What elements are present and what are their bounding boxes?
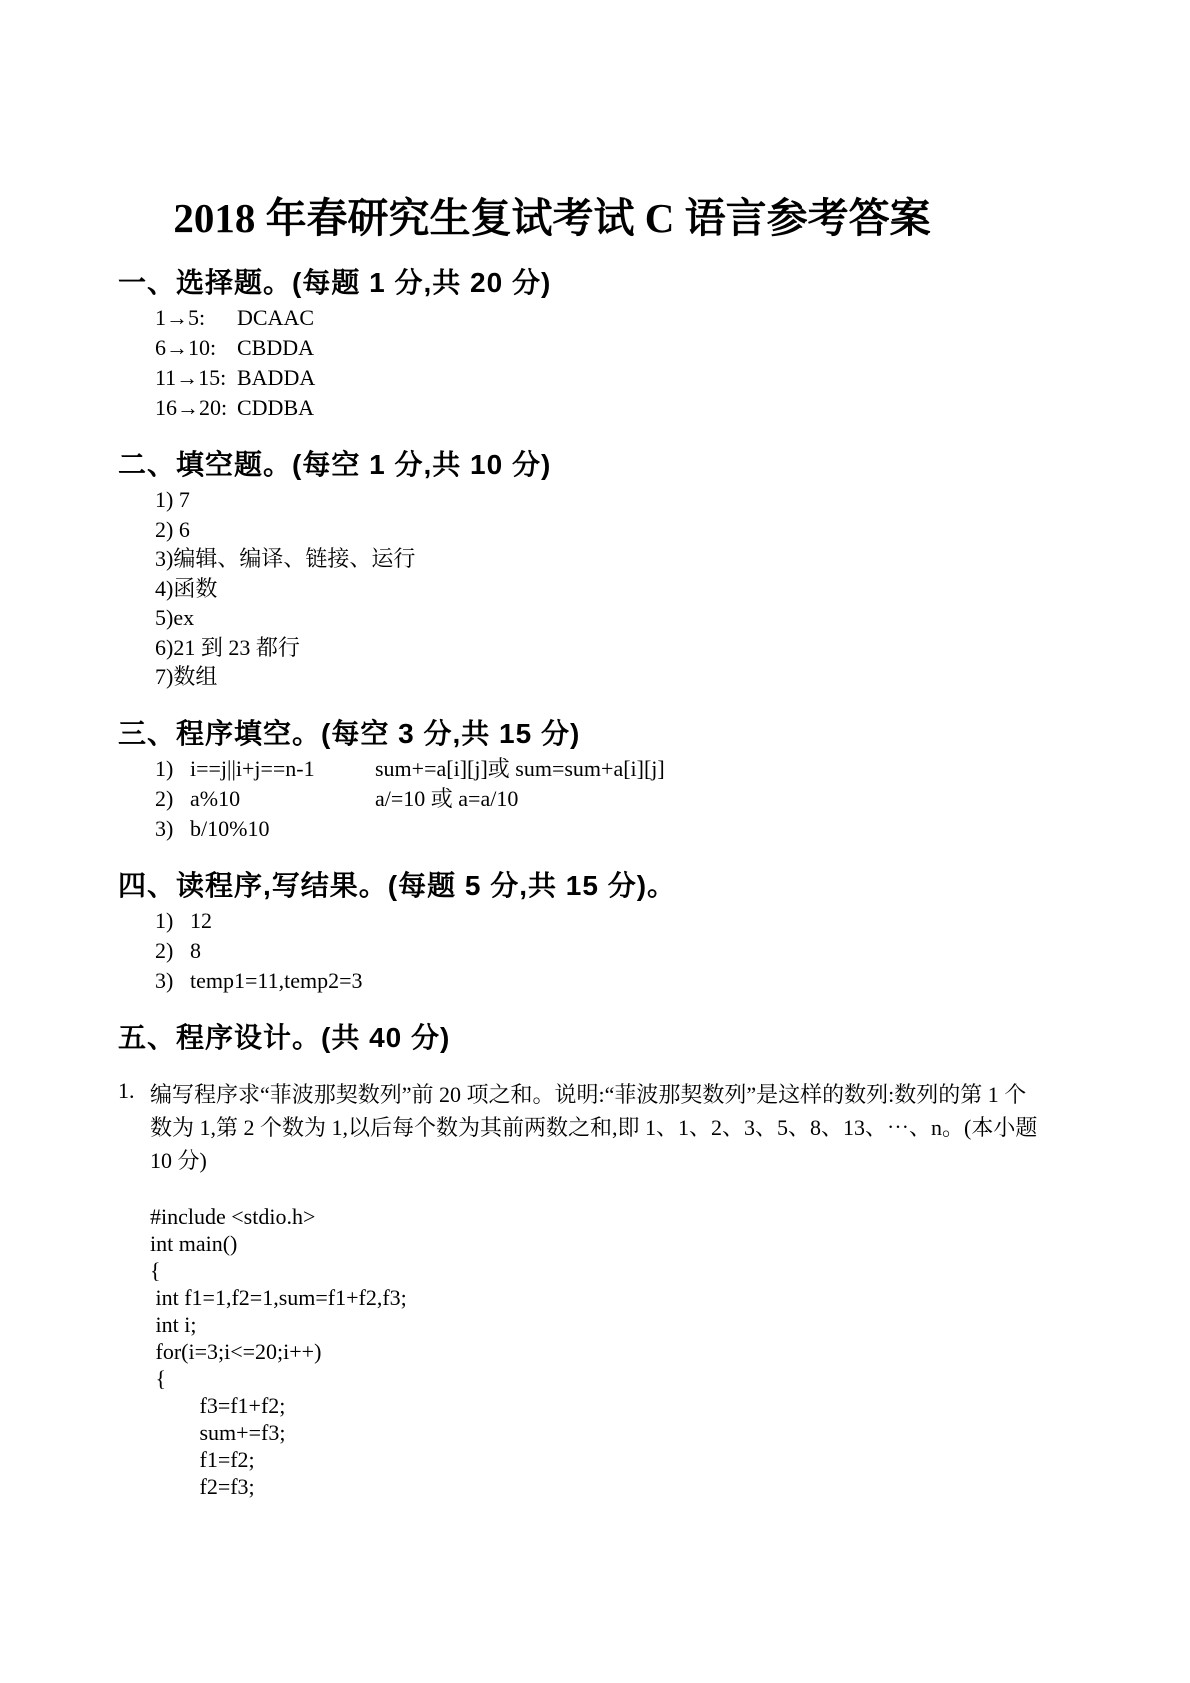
section-choice-heading: 一、选择题。(每题 1 分,共 20 分) <box>118 267 1130 299</box>
code-block: #include <stdio.h> int main() { int f1=1… <box>150 1203 1130 1500</box>
choice-answer: BADDA <box>237 363 315 393</box>
read-answer: 12 <box>190 906 212 936</box>
section-choice: 一、选择题。(每题 1 分,共 20 分) 1→5: DCAAC 6→10: C… <box>118 267 1130 423</box>
choice-range: 16→20: <box>155 393 237 423</box>
choice-answer-row: 11→15: BADDA <box>155 363 1130 393</box>
question-text-line: 编写程序求“菲波那契数列”前 20 项之和。说明:“菲波那契数列”是这样的数列:… <box>150 1078 1130 1111</box>
choice-answer: DCAAC <box>237 303 314 333</box>
document-page: 2018 年春研究生复试考试 C 语言参考答案 一、选择题。(每题 1 分,共 … <box>0 0 1190 1683</box>
section-program-fill: 三、程序填空。(每空 3 分,共 15 分) 1) i==j||i+j==n-1… <box>118 718 1130 844</box>
row-number: 1) <box>155 754 190 784</box>
code-line: int main() <box>150 1230 1130 1257</box>
choice-answer-row: 6→10: CBDDA <box>155 333 1130 363</box>
section-fill: 二、填空题。(每空 1 分,共 10 分) 1) 7 2) 6 3)编辑、编译、… <box>118 449 1130 692</box>
choice-answer-row: 16→20: CDDBA <box>155 393 1130 423</box>
page-title: 2018 年春研究生复试考试 C 语言参考答案 <box>46 195 1058 241</box>
fill-answer-list: 1) 7 2) 6 3)编辑、编译、链接、运行 4)函数 5)ex 6)21 到… <box>155 485 1130 692</box>
answer-col2: sum+=a[i][j]或 sum=sum+a[i][j] <box>375 754 665 784</box>
row-number: 2) <box>155 784 190 814</box>
fill-item: 1) 7 <box>155 485 1130 515</box>
section-design-heading: 五、程序设计。(共 40 分) <box>118 1022 1130 1054</box>
section-program-fill-heading: 三、程序填空。(每空 3 分,共 15 分) <box>118 718 1130 750</box>
code-line: int i; <box>150 1311 1130 1338</box>
question-text-line: 10 分) <box>150 1144 1130 1177</box>
program-fill-answer-list: 1) i==j||i+j==n-1 sum+=a[i][j]或 sum=sum+… <box>155 754 1130 844</box>
question-text: 编写程序求“菲波那契数列”前 20 项之和。说明:“菲波那契数列”是这样的数列:… <box>150 1078 1130 1177</box>
row-number: 3) <box>155 966 190 996</box>
program-fill-row: 2) a%10 a/=10 或 a=a/10 <box>155 784 1130 814</box>
fill-item: 4)函数 <box>155 574 1130 604</box>
answer-col2: a/=10 或 a=a/10 <box>375 784 518 814</box>
choice-answer-list: 1→5: DCAAC 6→10: CBDDA 11→15: BADDA 16→2… <box>155 303 1130 423</box>
choice-answer-row: 1→5: DCAAC <box>155 303 1130 333</box>
code-line: f3=f1+f2; <box>150 1392 1130 1419</box>
read-program-answer-list: 1) 12 2) 8 3) temp1=11,temp2=3 <box>155 906 1130 996</box>
row-number: 2) <box>155 936 190 966</box>
choice-range: 1→5: <box>155 303 237 333</box>
code-line: f1=f2; <box>150 1446 1130 1473</box>
fill-item: 3)编辑、编译、链接、运行 <box>155 544 1130 574</box>
answer-col1: a%10 <box>190 784 375 814</box>
read-answer: 8 <box>190 936 201 966</box>
question-text-line: 数为 1,第 2 个数为 1,以后每个数为其前两数之和,即 1、1、2、3、5、… <box>150 1111 1130 1144</box>
fill-item: 7)数组 <box>155 662 1130 692</box>
question-number: 1. <box>118 1078 150 1177</box>
fill-item: 2) 6 <box>155 515 1130 545</box>
section-design: 五、程序设计。(共 40 分) 1. 编写程序求“菲波那契数列”前 20 项之和… <box>118 1022 1130 1500</box>
code-line: { <box>150 1257 1130 1284</box>
choice-answer: CBDDA <box>237 333 314 363</box>
read-program-row: 1) 12 <box>155 906 1130 936</box>
row-number: 3) <box>155 814 190 844</box>
read-answer: temp1=11,temp2=3 <box>190 966 362 996</box>
code-line: for(i=3;i<=20;i++) <box>150 1338 1130 1365</box>
choice-range: 6→10: <box>155 333 237 363</box>
code-line: { <box>150 1365 1130 1392</box>
code-line: int f1=1,f2=1,sum=f1+f2,f3; <box>150 1284 1130 1311</box>
program-fill-row: 3) b/10%10 <box>155 814 1130 844</box>
section-read-program-heading: 四、读程序,写结果。(每题 5 分,共 15 分)。 <box>118 870 1130 902</box>
answer-col1: i==j||i+j==n-1 <box>190 754 375 784</box>
fill-item: 6)21 到 23 都行 <box>155 633 1130 663</box>
program-fill-row: 1) i==j||i+j==n-1 sum+=a[i][j]或 sum=sum+… <box>155 754 1130 784</box>
read-program-row: 3) temp1=11,temp2=3 <box>155 966 1130 996</box>
fill-item: 5)ex <box>155 603 1130 633</box>
code-line: #include <stdio.h> <box>150 1203 1130 1230</box>
answer-col1: b/10%10 <box>190 814 375 844</box>
design-question-1: 1. 编写程序求“菲波那契数列”前 20 项之和。说明:“菲波那契数列”是这样的… <box>118 1078 1130 1177</box>
row-number: 1) <box>155 906 190 936</box>
section-fill-heading: 二、填空题。(每空 1 分,共 10 分) <box>118 449 1130 481</box>
section-read-program: 四、读程序,写结果。(每题 5 分,共 15 分)。 1) 12 2) 8 3)… <box>118 870 1130 996</box>
read-program-row: 2) 8 <box>155 936 1130 966</box>
choice-range: 11→15: <box>155 363 237 393</box>
code-line: f2=f3; <box>150 1473 1130 1500</box>
choice-answer: CDDBA <box>237 393 314 423</box>
code-line: sum+=f3; <box>150 1419 1130 1446</box>
